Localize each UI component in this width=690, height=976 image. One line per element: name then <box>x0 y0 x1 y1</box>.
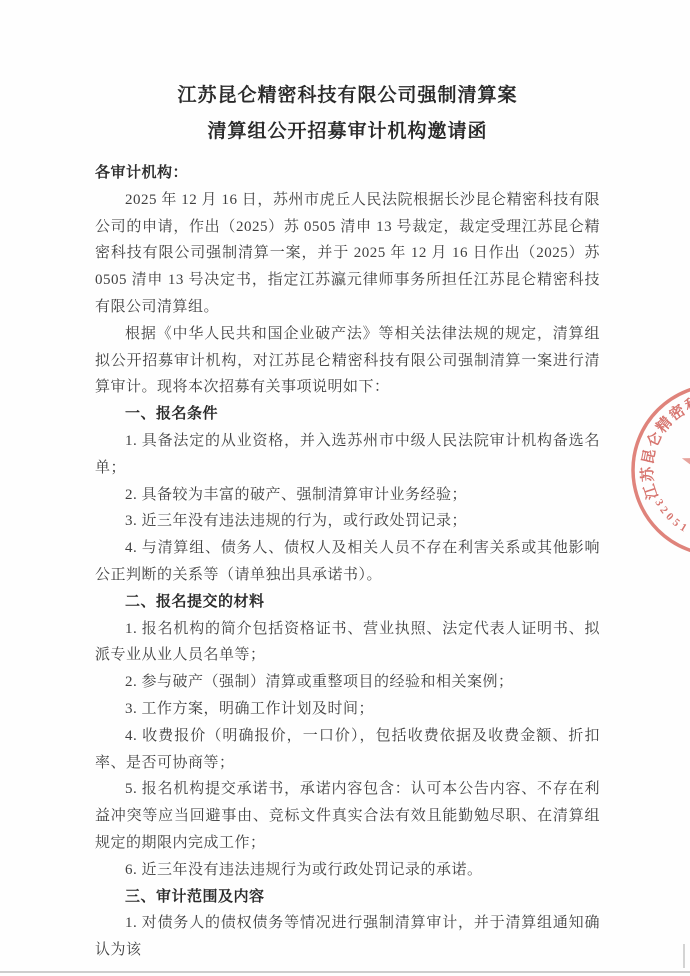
salutation: 各审计机构： <box>95 160 600 187</box>
section2-item: 5. 报名机构提交承诺书，承诺内容包含：认可本公告内容、不存在利益冲突等应当回避… <box>95 776 600 856</box>
section2-item: 2. 参与破产（强制）清算或重整项目的经验和相关案例； <box>95 669 600 696</box>
intro-paragraph: 2025 年 12 月 16 日，苏州市虎丘人民法院根据长沙昆仑精密科技有限公司… <box>95 187 600 321</box>
section1-item: 2. 具备较为丰富的破产、强制清算审计业务经验； <box>95 482 600 509</box>
section1-heading: 一、报名条件 <box>95 401 600 428</box>
section3-item: 1. 对债务人的债权债务等情况进行强制清算审计，并于清算组通知确认为该 <box>95 910 600 964</box>
section3-heading: 三、审计范围及内容 <box>95 884 600 911</box>
section1-item: 3. 近三年没有违法违规的行为，或行政处罚记录； <box>95 508 600 535</box>
section2-item: 3. 工作方案，明确工作计划及时间； <box>95 696 600 723</box>
scanned-document-page: 江苏昆仑精密科技有限公司强制清算案 清算组公开招募审计机构邀请函 各审计机构： … <box>0 0 690 976</box>
svg-text:科: 科 <box>682 393 690 416</box>
svg-text:苏: 苏 <box>638 465 657 482</box>
page-bottom-edge <box>0 971 690 973</box>
company-seal-stamp: 江苏昆仑精密科技 32051 <box>606 378 690 568</box>
seal-star-icon <box>682 432 690 501</box>
seal-number-text: 32051 <box>652 497 688 534</box>
section2-item: 4. 收费报价（明确报价，一口价），包括收费依据及收费金额、折扣率、是否可协商等… <box>95 723 600 777</box>
scan-artifact-line <box>683 944 685 968</box>
document-title-line1: 江苏昆仑精密科技有限公司强制清算案 <box>95 84 600 108</box>
section2-item: 6. 近三年没有违法违规行为或行政处罚记录的承诺。 <box>95 857 600 884</box>
seal-outer-ring <box>633 385 690 555</box>
svg-text:密: 密 <box>666 401 689 424</box>
document-title-line2: 清算组公开招募审计机构邀请函 <box>95 120 600 144</box>
seal-ring-text: 江苏昆仑精密科技 <box>638 391 690 502</box>
svg-text:3: 3 <box>652 497 665 508</box>
svg-text:5: 5 <box>670 516 682 529</box>
section2-heading: 二、报名提交的材料 <box>95 589 600 616</box>
svg-text:2: 2 <box>657 504 670 516</box>
section1-item: 1. 具备法定的从业资格，并入选苏州市中级人民法院审计机构备选名单； <box>95 428 600 482</box>
svg-text:昆: 昆 <box>639 448 659 466</box>
svg-text:仑: 仑 <box>643 429 666 450</box>
intro-paragraph: 根据《中华人民共和国企业破产法》等相关法律法规的规定，清算组拟公开招募审计机构，… <box>95 321 600 401</box>
svg-text:0: 0 <box>663 511 676 524</box>
svg-text:1: 1 <box>678 521 689 534</box>
section1-item: 4. 与清算组、债务人、债权人及相关人员不存在利害关系或其他影响公正判断的关系等… <box>95 535 600 589</box>
section2-item: 1. 报名机构的简介包括资格证书、营业执照、法定代表人证明书、拟派专业从业人员名… <box>95 616 600 670</box>
svg-text:精: 精 <box>652 414 675 437</box>
svg-text:江: 江 <box>641 481 662 502</box>
